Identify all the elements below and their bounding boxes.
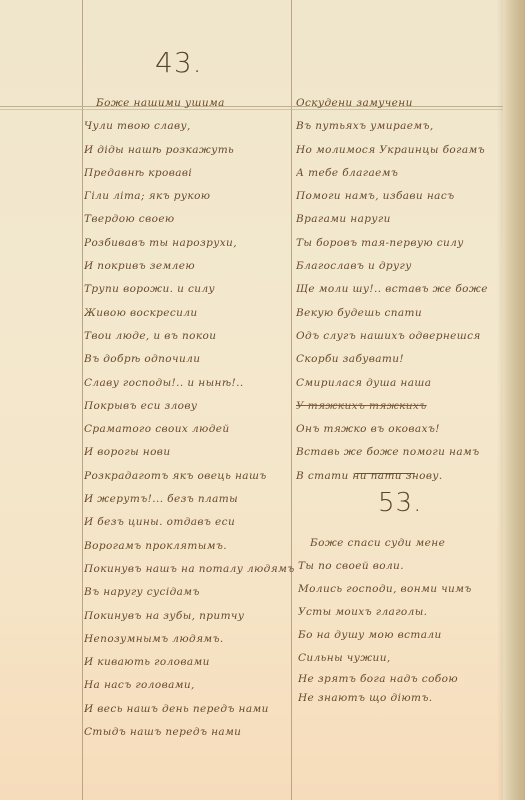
- verse-line: Въ путьяхъ умираемъ,: [296, 115, 506, 138]
- verse-line: А тебе благаемъ: [296, 162, 506, 185]
- verse-line: Боже нашими ушима: [84, 92, 294, 115]
- verse-line: Чули твою славу,: [84, 115, 294, 138]
- verse-line: Славу господы!.. и нынѣ!..: [84, 372, 294, 395]
- verse-line: Въ наругу сусідамъ: [84, 581, 294, 604]
- verse-line: Одъ слугъ нашихъ одвернешся: [296, 325, 506, 348]
- second-poem-verses: Боже спаси суди мене Ты по своей воли. М…: [298, 532, 508, 708]
- verse-line: Векую будешь спати: [296, 302, 506, 325]
- verse-line: На насъ головами,: [84, 674, 294, 697]
- verse-line: И безъ цины. отдавъ еси: [84, 511, 294, 534]
- verse-line: Покинувъ нашъ на поталу людямъ: [84, 558, 294, 581]
- verse-line: Оскудени замучени: [296, 92, 506, 115]
- verse-line: Твои люде, и въ покои: [84, 325, 294, 348]
- verse-line: И ворогы нови: [84, 441, 294, 464]
- verse-line: Твердою своею: [84, 208, 294, 231]
- verse-line: Предавнѣ кроваві: [84, 162, 294, 185]
- right-column-verses: Оскудени замучени Въ путьяхъ умираемъ, Н…: [296, 92, 506, 488]
- verse-line: Розкрадаготъ якъ овець нашъ: [84, 465, 294, 488]
- verse-line: Сильны чужии,: [298, 647, 508, 670]
- verse-line: Ворогамъ проклятымъ.: [84, 535, 294, 558]
- struck-verse-line: У тяжкихъ тяжкихъ: [296, 395, 506, 418]
- verse-line: Благославъ и другу: [296, 255, 506, 278]
- verse-line: Не знаютъ що діютъ.: [298, 689, 508, 708]
- verse-line: И діды нашѣ розкажуть: [84, 139, 294, 162]
- verse-line: Непозумнымъ людямъ.: [84, 628, 294, 651]
- verse-line: Вставь же боже помоги намъ: [296, 441, 506, 464]
- left-column-verses: Боже нашими ушима Чули твою славу, И дід…: [84, 92, 294, 744]
- verse-line: Онъ тяжко въ оковахъ!: [296, 418, 506, 441]
- verse-line: Боже спаси суди мене: [298, 532, 508, 555]
- left-margin-rule: [82, 0, 83, 800]
- verse-line: И весь нашъ день передъ нами: [84, 698, 294, 721]
- verse-line: Помоги намъ, избави насъ: [296, 185, 506, 208]
- verse-line: Молись господи, вонми чимъ: [298, 578, 508, 601]
- verse-line: Гіли літа; якъ рукою: [84, 185, 294, 208]
- verse-line: Ты по своей воли.: [298, 555, 508, 578]
- verse-line: В стати ни пати знову.: [296, 465, 506, 488]
- verse-line: Трупи ворожи. и силу: [84, 278, 294, 301]
- verse-line: Скорби забувати!: [296, 348, 506, 371]
- verse-line: Врагами наруги: [296, 208, 506, 231]
- verse-line: Стыдъ нашъ передъ нами: [84, 721, 294, 744]
- verse-line: Покинувъ на зубы, притчу: [84, 605, 294, 628]
- verse-line: И жерутъ!... безъ платы: [84, 488, 294, 511]
- verse-line: Живою воскресили: [84, 302, 294, 325]
- verse-line: Ще моли шу!.. вставъ же боже: [296, 278, 506, 301]
- manuscript-page: 43. Боже нашими ушима Чули твою славу, И…: [0, 0, 525, 800]
- poem-number-43: 43.: [155, 46, 203, 79]
- verse-line: Но молимося Украинцы богамъ: [296, 139, 506, 162]
- verse-line: Розбивавъ ты нарозрухи,: [84, 232, 294, 255]
- verse-line: Не зрятъ бога надъ собою: [298, 670, 508, 689]
- verse-line: И кивають головами: [84, 651, 294, 674]
- verse-line: Бо на душу мою встали: [298, 624, 508, 647]
- verse-line: Въ добрѣ одпочили: [84, 348, 294, 371]
- verse-line: Сраматого своих людей: [84, 418, 294, 441]
- verse-line: Усты моихъ глаголы.: [298, 601, 508, 624]
- poem-separator-rule: [355, 473, 415, 474]
- verse-line: Смирилася душа наша: [296, 372, 506, 395]
- verse-line: Ты боровъ тая-первую силу: [296, 232, 506, 255]
- verse-line: Покрывъ еси злову: [84, 395, 294, 418]
- verse-line: И покривъ землею: [84, 255, 294, 278]
- poem-number-53: 53.: [378, 488, 422, 518]
